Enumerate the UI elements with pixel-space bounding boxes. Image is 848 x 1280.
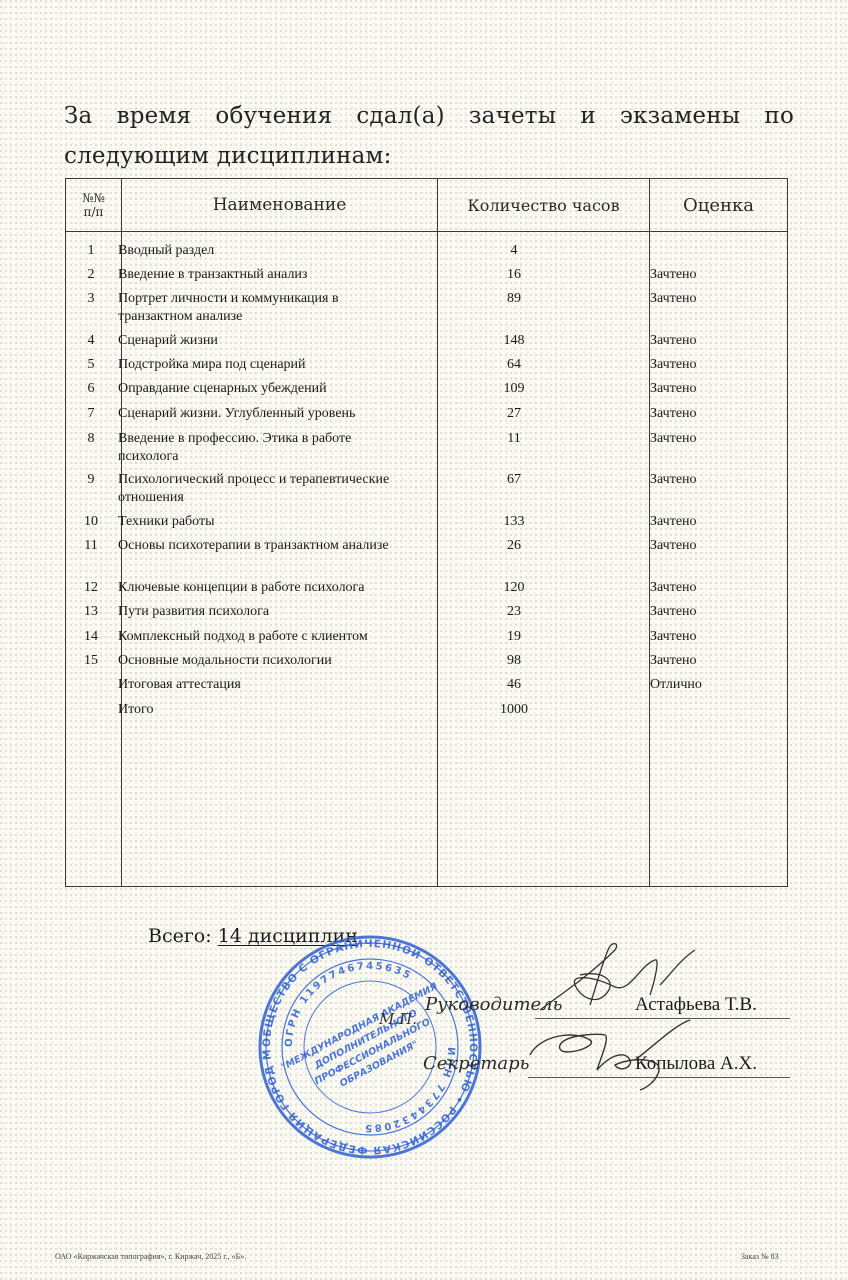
discipline-hours: 4 <box>486 242 542 260</box>
header-grade: Оценка <box>650 179 787 231</box>
discipline-grade: Зачтено <box>650 356 770 374</box>
row-number: 3 <box>80 290 102 308</box>
discipline-grade: Зачтено <box>650 430 770 448</box>
header-name: Наименование <box>122 179 437 231</box>
discipline-name: Введение в профессию. Этика в работе пси… <box>118 430 413 466</box>
seal-mark: М.П. <box>379 1010 417 1028</box>
discipline-grade: Отлично <box>650 676 770 694</box>
discipline-name: Итоговая аттестация <box>118 676 413 694</box>
discipline-grade: Зачтено <box>650 603 770 621</box>
discipline-name: Итого <box>118 701 413 719</box>
total-label: Всего: <box>148 925 212 947</box>
row-number: 9 <box>80 471 102 489</box>
seal-stamp-icon: ОБЩЕСТВО С ОГРАНИЧЕННОЙ ОТВЕТСТВЕННОСТЬЮ… <box>255 935 485 1160</box>
intro-heading: За время обучения сдал(а) зачеты и экзам… <box>64 96 794 176</box>
secretary-role-label: Секретарь <box>423 1053 529 1074</box>
discipline-hours: 11 <box>486 430 542 448</box>
discipline-name: Портрет личности и коммуникация в транза… <box>118 290 413 326</box>
discipline-name: Пути развития психолога <box>118 603 413 621</box>
row-number: 5 <box>80 356 102 374</box>
discipline-hours: 148 <box>486 332 542 350</box>
discipline-grade: Зачтено <box>650 405 770 423</box>
discipline-hours: 23 <box>486 603 542 621</box>
head-signature-icon <box>520 935 700 1025</box>
header-divider <box>66 231 787 232</box>
column-divider <box>649 179 650 886</box>
row-number: 4 <box>80 332 102 350</box>
row-number: 13 <box>80 603 102 621</box>
discipline-grade: Зачтено <box>650 266 770 284</box>
discipline-grade: Зачтено <box>650 537 770 555</box>
discipline-name: Психологический процесс и терапевтически… <box>118 471 413 507</box>
discipline-name: Комплексный подход в работе с клиентом <box>118 628 413 646</box>
discipline-name: Введение в транзактный анализ <box>118 266 413 284</box>
disciplines-table: №№ п/п Наименование Количество часов Оце… <box>65 178 788 887</box>
row-number: 7 <box>80 405 102 423</box>
row-number: 11 <box>80 537 102 555</box>
discipline-hours: 89 <box>486 290 542 308</box>
header-number-line1: №№ <box>82 191 105 205</box>
row-number: 10 <box>80 513 102 531</box>
discipline-hours: 27 <box>486 405 542 423</box>
discipline-grade: Зачтено <box>650 380 770 398</box>
row-number: 8 <box>80 430 102 448</box>
discipline-grade: Зачтено <box>650 471 770 489</box>
discipline-grade: Зачтено <box>650 290 770 308</box>
discipline-grade: Зачтено <box>650 628 770 646</box>
row-number: 15 <box>80 652 102 670</box>
discipline-grade: Зачтено <box>650 652 770 670</box>
discipline-name: Ключевые концепции в работе психолога <box>118 579 413 597</box>
discipline-name: Основные модальности психологии <box>118 652 413 670</box>
discipline-grade: Зачтено <box>650 579 770 597</box>
header-number: №№ п/п <box>66 179 121 231</box>
discipline-hours: 1000 <box>486 701 542 719</box>
discipline-name: Сценарий жизни. Углубленный уровень <box>118 405 413 423</box>
discipline-name: Вводный раздел <box>118 242 413 260</box>
header-hours: Количество часов <box>438 179 649 231</box>
discipline-hours: 26 <box>486 537 542 555</box>
discipline-hours: 109 <box>486 380 542 398</box>
column-divider <box>121 179 122 886</box>
discipline-grade: Зачтено <box>650 513 770 531</box>
row-number: 6 <box>80 380 102 398</box>
row-number: 2 <box>80 266 102 284</box>
discipline-hours: 133 <box>486 513 542 531</box>
discipline-hours: 46 <box>486 676 542 694</box>
discipline-hours: 19 <box>486 628 542 646</box>
order-number: Заказ № 83 <box>741 1252 779 1261</box>
printer-info: ОАО «Киржачская типография», г. Киржач, … <box>55 1252 246 1261</box>
discipline-name: Подстройка мира под сценарий <box>118 356 413 374</box>
row-number: 1 <box>80 242 102 260</box>
discipline-hours: 120 <box>486 579 542 597</box>
row-number: 12 <box>80 579 102 597</box>
secretary-signature-icon <box>515 1015 695 1095</box>
row-number: 14 <box>80 628 102 646</box>
discipline-hours: 98 <box>486 652 542 670</box>
discipline-grade: Зачтено <box>650 332 770 350</box>
discipline-name: Основы психотерапии в транзактном анализ… <box>118 537 413 555</box>
header-number-line2: п/п <box>82 205 105 219</box>
discipline-hours: 16 <box>486 266 542 284</box>
column-divider <box>437 179 438 886</box>
discipline-hours: 67 <box>486 471 542 489</box>
discipline-name: Сценарий жизни <box>118 332 413 350</box>
discipline-hours: 64 <box>486 356 542 374</box>
discipline-name: Техники работы <box>118 513 413 531</box>
discipline-name: Оправдание сценарных убеждений <box>118 380 413 398</box>
